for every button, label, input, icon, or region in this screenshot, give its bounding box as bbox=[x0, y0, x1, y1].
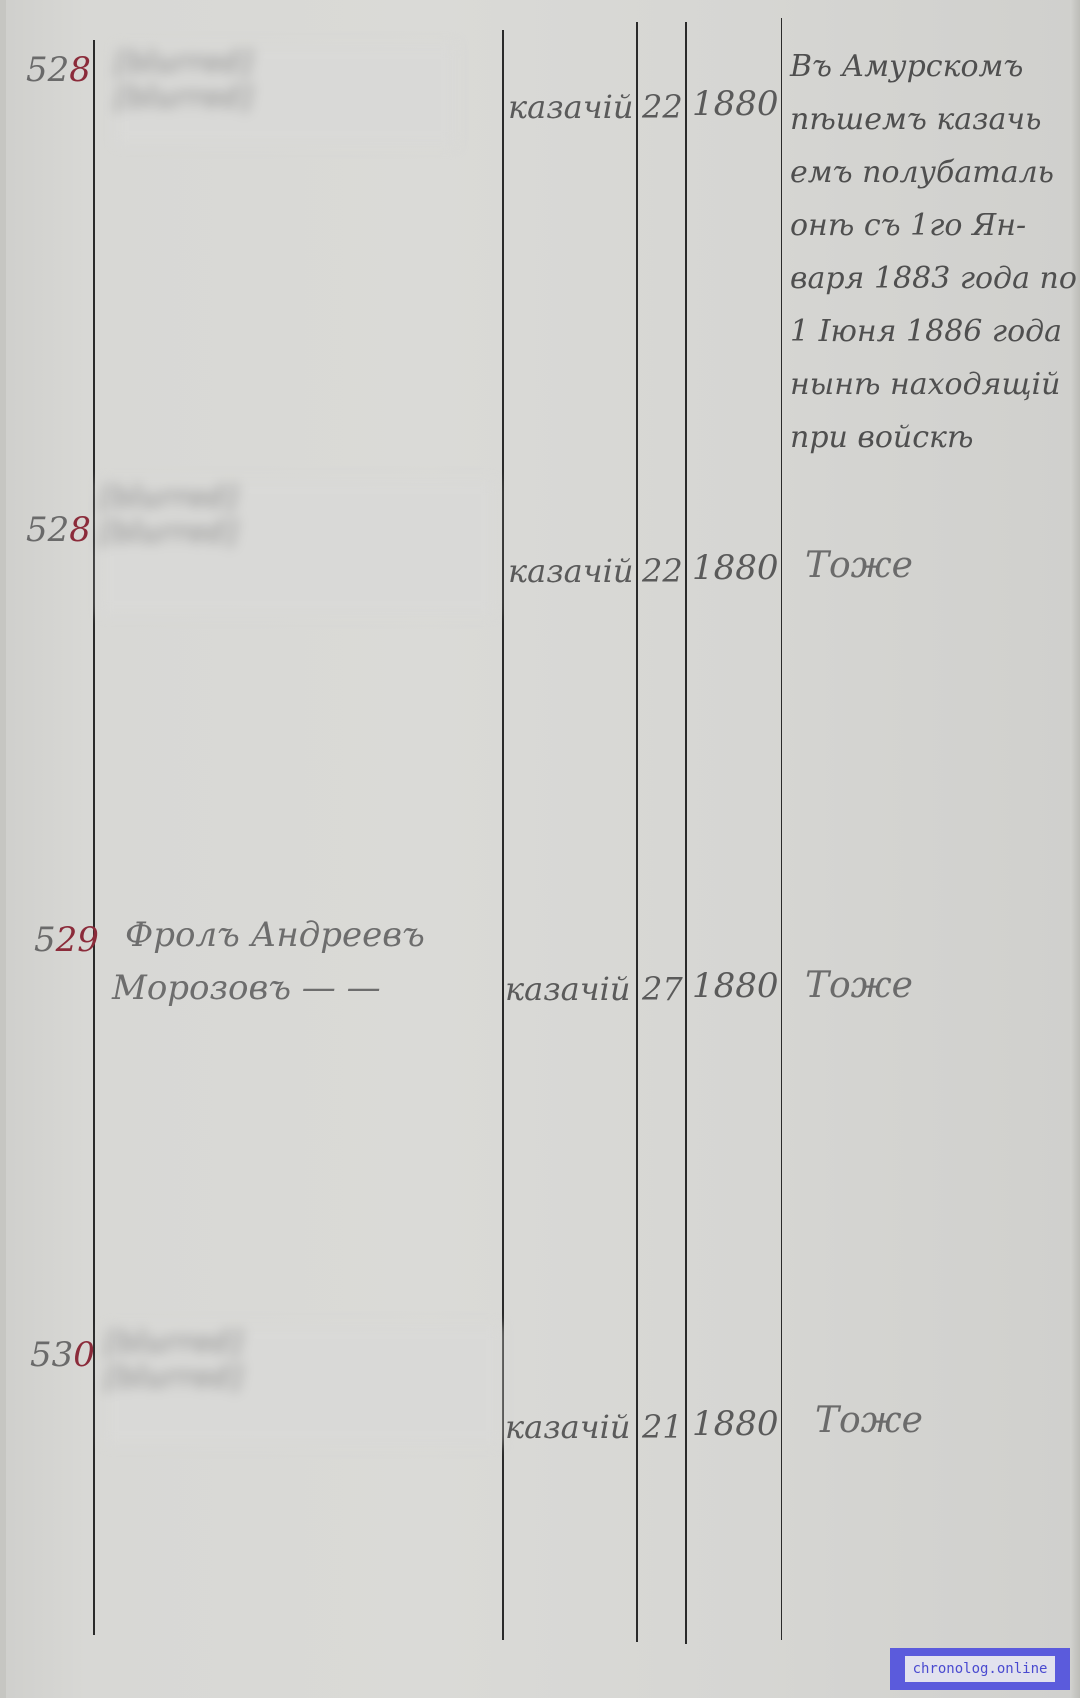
page-left-edge bbox=[0, 0, 6, 1698]
record-year: 1880 bbox=[692, 548, 779, 588]
record-name-redacted: [blurred] [blurred] bbox=[105, 1325, 500, 1445]
column-rule-estate bbox=[636, 22, 638, 1642]
column-rule-number bbox=[93, 40, 95, 1635]
record-name-redacted: [blurred] [blurred] bbox=[100, 480, 495, 615]
record-estate: казачiй bbox=[508, 552, 633, 590]
record-year: 1880 bbox=[692, 84, 779, 124]
record-name: Фролъ Андреевъ bbox=[125, 915, 425, 955]
record-number: 529 bbox=[34, 920, 99, 960]
record-estate: казачiй bbox=[505, 970, 630, 1008]
record-surname: Морозовъ — — bbox=[112, 968, 381, 1008]
record-estate: казачiй bbox=[508, 88, 633, 126]
record-age: 21 bbox=[642, 1408, 683, 1446]
record-name-redacted: [blurred] [blurred] bbox=[115, 45, 455, 145]
watermark-text: chronolog.online bbox=[905, 1656, 1056, 1682]
watermark-badge: chronolog.online bbox=[890, 1648, 1070, 1690]
record-age: 22 bbox=[642, 552, 683, 590]
column-rule-name bbox=[502, 30, 504, 1640]
record-notes: Въ Амурскомъ пѣшемъ казачь емъ полубатал… bbox=[790, 40, 1077, 464]
record-estate: казачiй bbox=[505, 1408, 630, 1446]
record-age: 22 bbox=[642, 88, 683, 126]
record-age: 27 bbox=[642, 970, 683, 1008]
record-number: 530 bbox=[30, 1335, 95, 1375]
record-year: 1880 bbox=[692, 1404, 779, 1444]
column-rule-year bbox=[781, 18, 782, 1640]
record-year: 1880 bbox=[692, 966, 779, 1006]
record-notes: Тоже bbox=[815, 1400, 923, 1441]
record-number: 528 bbox=[26, 50, 91, 90]
record-notes: Тоже bbox=[805, 545, 913, 586]
record-number: 528 bbox=[26, 510, 91, 550]
ledger-page: 528 [blurred] [blurred] казачiй 22 1880 … bbox=[0, 0, 1080, 1698]
record-notes: Тоже bbox=[805, 965, 913, 1006]
column-rule-age bbox=[685, 22, 687, 1644]
